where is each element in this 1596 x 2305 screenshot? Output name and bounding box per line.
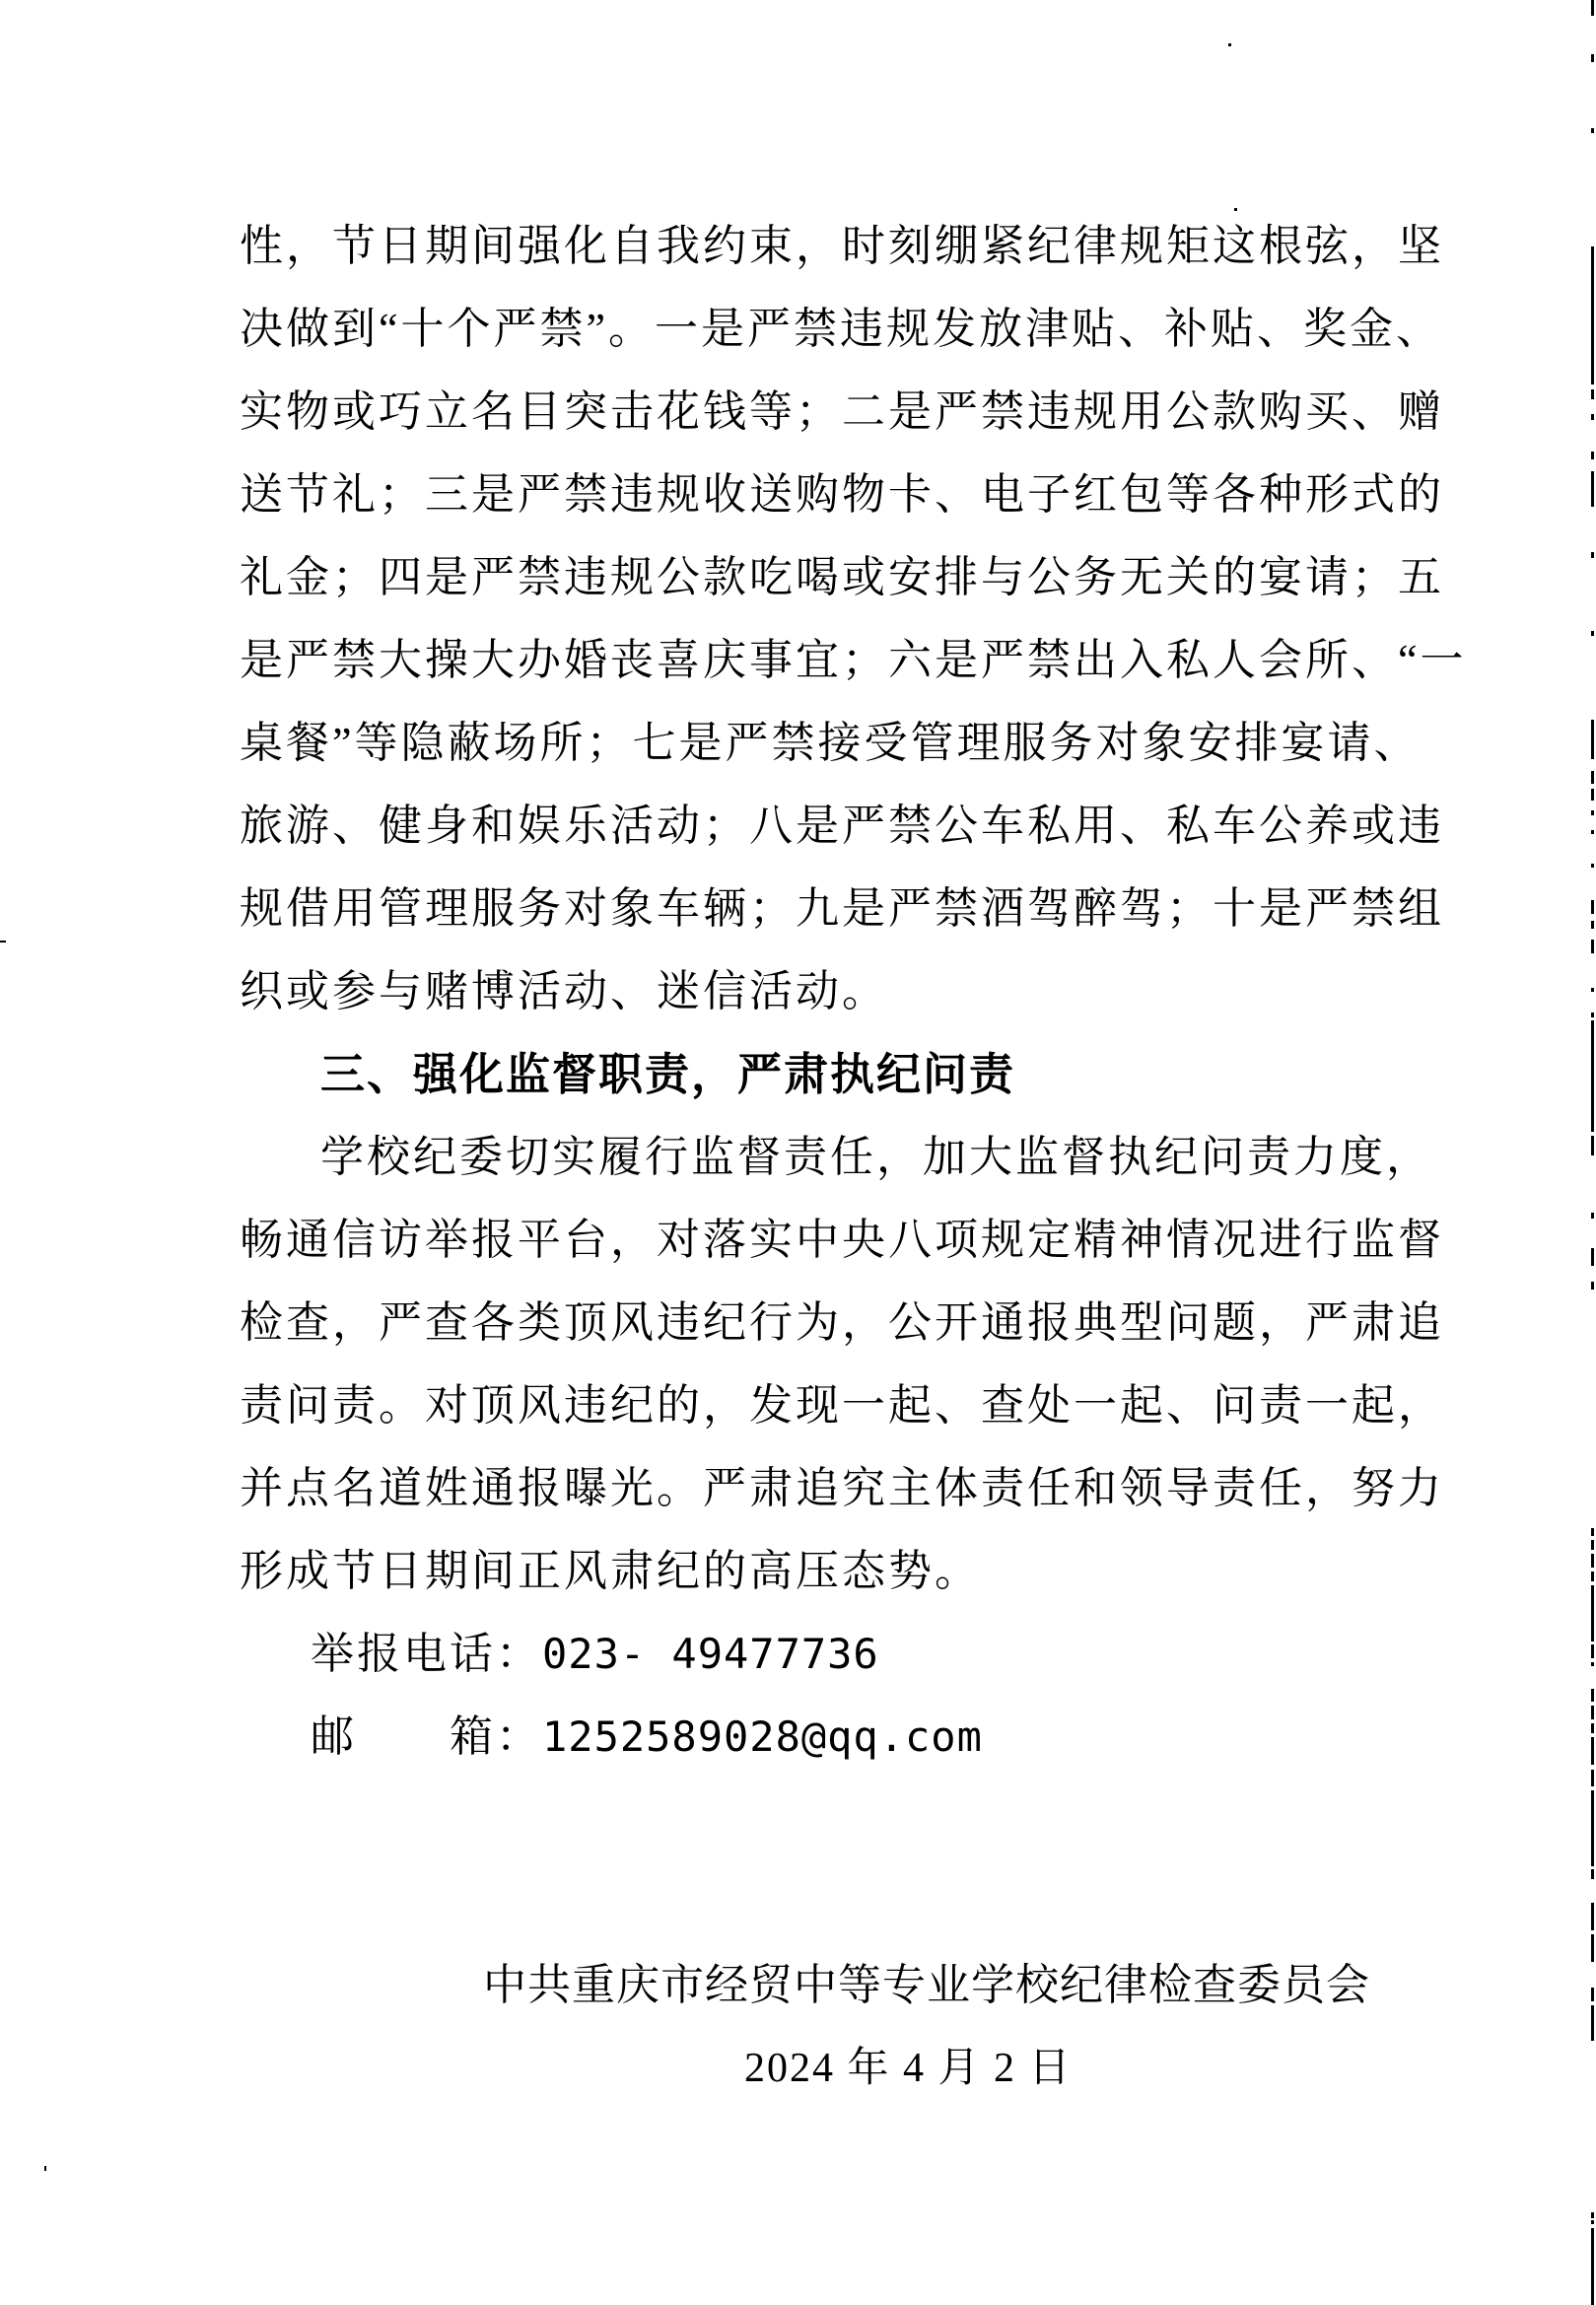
scan-edge-line-segment <box>1591 864 1594 868</box>
report-email-label: 邮 箱： <box>311 1712 542 1761</box>
scan-edge-line-segment <box>1591 921 1594 929</box>
scan-edge-line-segment <box>1591 720 1594 759</box>
scan-edge-line-segment <box>1591 1213 1594 1219</box>
body-text-line: 责问责。对顶风违纪的，发现一起、查处一起、问责一起， <box>240 1364 1462 1447</box>
signature-date: 2024 年 4 月 2 日 <box>240 2027 1462 2110</box>
scan-edge-line-segment <box>1591 471 1594 507</box>
scan-edge-line-segment <box>1591 1790 1594 1866</box>
scan-edge-line-segment <box>1591 771 1594 784</box>
scan-edge-line-segment <box>1591 789 1594 801</box>
scan-edge-line-segment <box>1591 552 1594 558</box>
scan-edge-line-segment <box>1591 1644 1594 1658</box>
scan-speck <box>1228 43 1231 46</box>
body-text-line: 检查，严查各类顶风违纪行为，公开通报典型问题，严肃追 <box>240 1282 1462 1364</box>
scan-edge-line-segment <box>1591 128 1594 133</box>
body-text-line: 是严禁大操大办婚丧喜庆事宜；六是严禁出入私人会所、“一 <box>240 619 1462 702</box>
scan-speck <box>0 941 6 943</box>
blank-line <box>240 1861 1462 1944</box>
body-text-line: 礼金；四是严禁违规公款吃喝或安排与公务无关的宴请；五 <box>240 536 1462 619</box>
blank-line <box>240 1779 1462 1861</box>
report-email-line: 邮 箱：1252589028@qq.com <box>240 1696 1462 1779</box>
scan-edge-line-segment <box>1591 988 1594 992</box>
scan-edge-line-segment <box>1591 1934 1594 1962</box>
body-text-line: 桌餐”等隐蔽场所；七是严禁接受管理服务对象安排宴请、 <box>240 702 1462 785</box>
scan-edge-line-segment <box>1591 54 1594 62</box>
scan-edge-line-segment <box>1591 830 1594 834</box>
scan-edge-line-segment <box>1591 389 1594 399</box>
body-text-line: 并点名道姓通报曝光。严肃追究主体责任和领导责任，努力 <box>240 1447 1462 1530</box>
scan-edge-line-segment <box>1591 1706 1594 1719</box>
scan-edge-line-segment <box>1591 900 1594 914</box>
scan-edge-line-segment <box>1591 0 1594 16</box>
scan-edge-line-segment <box>1591 414 1594 420</box>
paragraph-first-line: 学校纪委切实履行监督责任，加大监督执纪问责力度， <box>240 1116 1462 1199</box>
body-text-line: 决做到“十个严禁”。一是严禁违规发放津贴、补贴、奖金、 <box>240 288 1462 371</box>
scan-edge-line-segment <box>1591 1020 1594 1132</box>
scan-edge-line-segment <box>1591 2228 1594 2305</box>
scan-edge-line-segment <box>1591 1869 1594 1879</box>
scan-edge-line-segment <box>1591 1770 1594 1786</box>
signature-org: 中共重庆市经贸中等专业学校纪律检查委员会 <box>240 1944 1462 2027</box>
scan-edge-line-segment <box>1591 1540 1594 1550</box>
scan-speck <box>382 1137 385 1140</box>
scan-edge-line-segment <box>1591 2212 1594 2218</box>
scan-edge-line-segment <box>1591 2220 1594 2224</box>
scan-edge-line-segment <box>1591 1248 1594 1266</box>
report-phone-number: 023- 49477736 <box>542 1630 879 1678</box>
scan-edge-line-segment <box>1591 452 1594 459</box>
scan-edge-line-segment <box>1591 940 1594 953</box>
scan-edge-line-segment <box>1591 1689 1594 1702</box>
body-text-line: 畅通信访举报平台，对落实中央八项规定精神情况进行监督 <box>240 1199 1462 1282</box>
scan-edge-line-segment <box>1591 810 1594 815</box>
scan-edge-line-segment <box>1591 1585 1594 1641</box>
document-body: 性，节日期间强化自我约束，时刻绷紧纪律规矩这根弦，坚决做到“十个严禁”。一是严禁… <box>240 205 1462 2110</box>
scan-edge-line-segment <box>1591 1723 1594 1733</box>
report-phone-label: 举报电话： <box>311 1630 542 1678</box>
body-text-line: 旅游、健身和娱乐活动；八是严禁公车私用、私车公养或违 <box>240 785 1462 868</box>
report-email-address: 1252589028@qq.com <box>542 1712 983 1761</box>
body-text-line: 送节礼；三是严禁违规收送购物卡、电子红包等各种形式的 <box>240 454 1462 536</box>
scan-edge-line-segment <box>1591 246 1594 384</box>
body-text-line: 形成节日期间正风肃纪的高压态势。 <box>240 1530 1462 1613</box>
body-text-line: 实物或巧立名目突击花钱等；二是严禁违规用公款购买、赠 <box>240 371 1462 454</box>
scan-edge-line-segment <box>1591 1737 1594 1765</box>
scan-edge-line-segment <box>1591 1282 1594 1290</box>
scan-edge-line-segment <box>1591 1013 1594 1017</box>
scan-edge-line-segment <box>1591 1136 1594 1155</box>
scanned-document-page: 性，节日期间强化自我约束，时刻绷紧纪律规矩这根弦，坚决做到“十个严禁”。一是严禁… <box>0 0 1596 2305</box>
report-phone-line: 举报电话：023- 49477736 <box>240 1613 1462 1696</box>
scan-edge-line-segment <box>1591 1903 1594 1930</box>
scan-speck <box>1234 208 1237 211</box>
body-text-line: 性，节日期间强化自我约束，时刻绷紧纪律规矩这根弦，坚 <box>240 205 1462 288</box>
scan-speck <box>44 2166 46 2171</box>
scan-edge-line-segment <box>1591 1572 1594 1581</box>
scan-edge-line-segment <box>1591 1554 1594 1568</box>
body-text-line: 织或参与赌博活动、迷信活动。 <box>240 950 1462 1033</box>
section-heading: 三、强化监督职责，严肃执纪问责 <box>240 1033 1462 1116</box>
body-text-line: 规借用管理服务对象车辆；九是严禁酒驾醉驾；十是严禁组 <box>240 868 1462 950</box>
scan-edge-line-segment <box>1591 631 1594 636</box>
scan-edge-line-segment <box>1591 1528 1594 1536</box>
scan-edge-line-segment <box>1591 2005 1594 2041</box>
scan-edge-line-segment <box>1591 1662 1594 1666</box>
scan-edge-line-segment <box>1591 1988 1594 2001</box>
